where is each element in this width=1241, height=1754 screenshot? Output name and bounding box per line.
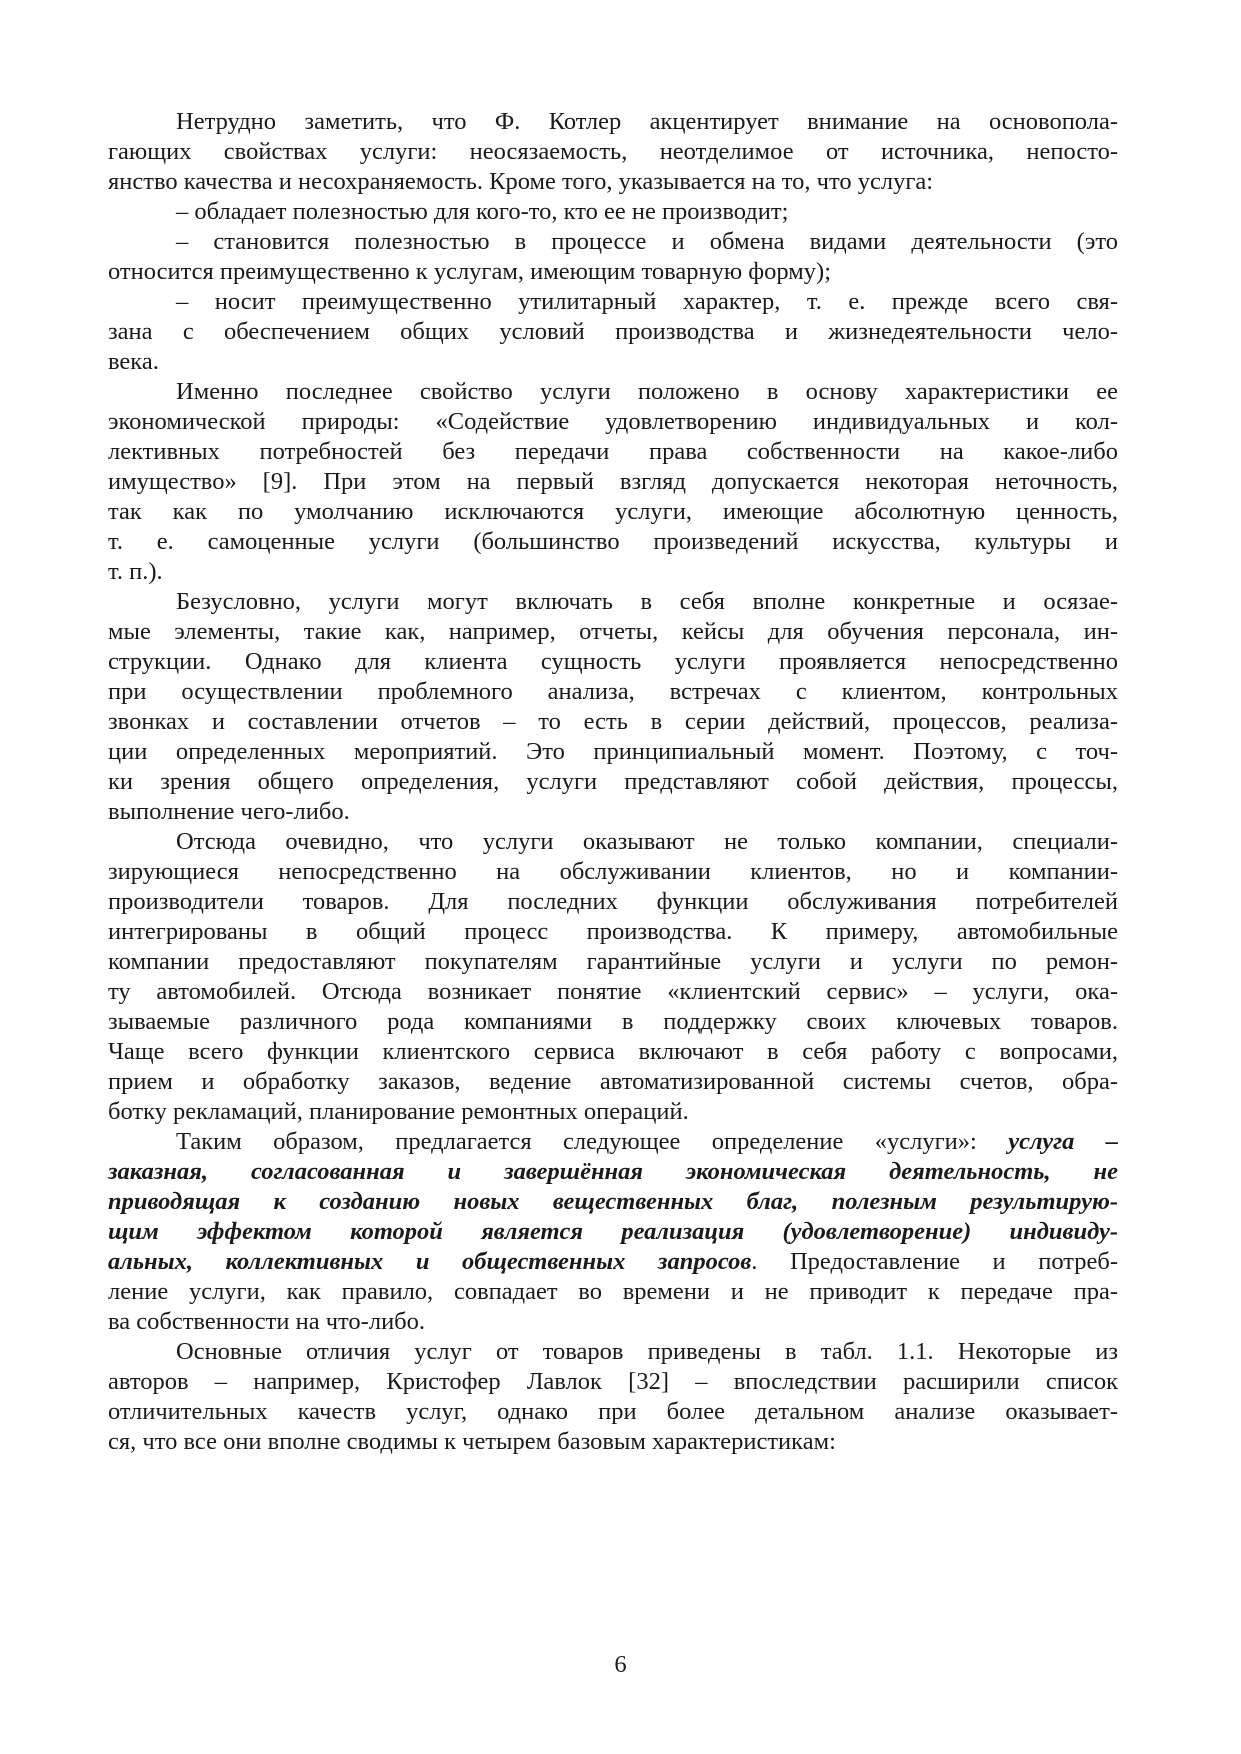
- text-line: прием и обработку заказов, ведение автом…: [108, 1067, 1118, 1097]
- text-line: Безусловно, услуги могут включать в себя…: [108, 587, 1118, 617]
- body-text: Нетрудно заметить, что Ф. Котлер акценти…: [108, 107, 1118, 1457]
- text-line: ление услуги, как правило, совпадает во …: [108, 1277, 1118, 1307]
- list-item: – становится полезностью в процессе и об…: [108, 227, 1118, 287]
- text-line: выполнение чего-либо.: [108, 797, 1118, 827]
- text-line: – становится полезностью в процессе и об…: [108, 227, 1118, 257]
- text-line: струкции. Однако для клиента сущность ус…: [108, 647, 1118, 677]
- text-line: зирующиеся непосредственно на обслуживан…: [108, 857, 1118, 887]
- document-page: Нетрудно заметить, что Ф. Котлер акценти…: [0, 0, 1241, 1754]
- text-line: т. п.).: [108, 557, 1118, 587]
- text-line: века.: [108, 347, 1118, 377]
- text-line: зана с обеспечением общих условий произв…: [108, 317, 1118, 347]
- text-line: Чаще всего функции клиентского сервиса в…: [108, 1037, 1118, 1067]
- text-line: альных, коллективных и общественных запр…: [108, 1247, 1118, 1277]
- text-line: Нетрудно заметить, что Ф. Котлер акценти…: [108, 107, 1118, 137]
- text-line: при осуществлении проблемного анализа, в…: [108, 677, 1118, 707]
- text-line: мые элементы, такие как, например, отчет…: [108, 617, 1118, 647]
- text-line: отличительных качеств услуг, однако при …: [108, 1397, 1118, 1427]
- text-line: ботку рекламаций, планирование ремонтных…: [108, 1097, 1118, 1127]
- paragraph-client-service: Отсюда очевидно, что услуги оказывают не…: [108, 827, 1118, 1127]
- paragraph-tangible-elements: Безусловно, услуги могут включать в себя…: [108, 587, 1118, 827]
- text-line: имущество» [9]. При этом на первый взгля…: [108, 467, 1118, 497]
- text-after-definition: . Предоставление и потреб-: [751, 1248, 1118, 1275]
- text-line: янство качества и несохраняемость. Кроме…: [108, 167, 1118, 197]
- text-line: относится преимущественно к услугам, име…: [108, 257, 1118, 287]
- definition-line: заказная, согласованная и завершённая эк…: [108, 1157, 1118, 1187]
- text-line: так как по умолчанию исключаются услуги,…: [108, 497, 1118, 527]
- text-line: Таким образом, предлагается следующее оп…: [108, 1127, 1118, 1157]
- text-line: ту автомобилей. Отсюда возникает понятие…: [108, 977, 1118, 1007]
- text-line: ции определенных мероприятий. Это принци…: [108, 737, 1118, 767]
- text-line: производители товаров. Для последних фун…: [108, 887, 1118, 917]
- text-line: интегрированы в общий процесс производст…: [108, 917, 1118, 947]
- text-line: – обладает полезностью для кого-то, кто …: [108, 197, 1118, 227]
- definition-term: услуга –: [1008, 1128, 1118, 1155]
- definition-end: альных, коллективных и общественных запр…: [108, 1248, 751, 1275]
- text-line: ва собственности на что-либо.: [108, 1307, 1118, 1337]
- definition-line: приводящая к созданию новых вещественных…: [108, 1187, 1118, 1217]
- text-line: компании предоставляют покупателям гаран…: [108, 947, 1118, 977]
- text-line: звонках и составлении отчетов – то есть …: [108, 707, 1118, 737]
- text-line: ся, что все они вполне сводимы к четырем…: [108, 1427, 1118, 1457]
- text-line: экономической природы: «Содействие удовл…: [108, 407, 1118, 437]
- text-line: лективных потребностей без передачи прав…: [108, 437, 1118, 467]
- text-line: Именно последнее свойство услуги положен…: [108, 377, 1118, 407]
- text-line: ки зрения общего определения, услуги пре…: [108, 767, 1118, 797]
- definition-line: щим эффектом которой является реализация…: [108, 1217, 1118, 1247]
- paragraph-economic-nature: Именно последнее свойство услуги положен…: [108, 377, 1118, 587]
- paragraph-main-differences: Основные отличия услуг от товаров привед…: [108, 1337, 1118, 1457]
- text-line: Отсюда очевидно, что услуги оказывают не…: [108, 827, 1118, 857]
- text-line: Основные отличия услуг от товаров привед…: [108, 1337, 1118, 1367]
- page-number: 6: [0, 1650, 1241, 1680]
- text-line: зываемые различного рода компаниями в по…: [108, 1007, 1118, 1037]
- text-line: – носит преимущественно утилитарный хара…: [108, 287, 1118, 317]
- paragraph-kotler: Нетрудно заметить, что Ф. Котлер акценти…: [108, 107, 1118, 197]
- text-line: т. е. самоценные услуги (большинство про…: [108, 527, 1118, 557]
- paragraph-service-definition: Таким образом, предлагается следующее оп…: [108, 1127, 1118, 1337]
- definition-intro: Таким образом, предлагается следующее оп…: [176, 1128, 1008, 1155]
- list-item: – носит преимущественно утилитарный хара…: [108, 287, 1118, 377]
- list-item: – обладает полезностью для кого-то, кто …: [108, 197, 1118, 227]
- text-line: авторов – например, Кристофер Лавлок [32…: [108, 1367, 1118, 1397]
- text-line: гающих свойствах услуги: неосязаемость, …: [108, 137, 1118, 167]
